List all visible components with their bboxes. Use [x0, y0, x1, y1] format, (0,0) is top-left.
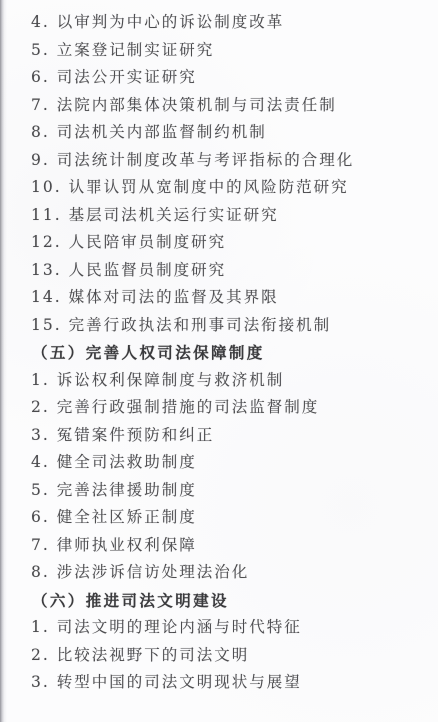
list-item: 7. 法院内部集体决策机制与司法责任制 [31, 92, 430, 120]
list-item: 5. 完善法律援助制度 [31, 477, 430, 505]
scanned-document-page: 4. 以审判为中心的诉讼制度改革 5. 立案登记制实证研究 6. 司法公开实证研… [0, 0, 438, 722]
list-item: 4. 以审判为中心的诉讼制度改革 [31, 9, 430, 37]
list-item: 3. 冤错案件预防和纠正 [31, 422, 430, 450]
list-item: 5. 立案登记制实证研究 [31, 37, 430, 65]
list-item: 1. 司法文明的理论内涵与时代特征 [31, 614, 430, 642]
section-heading: （五）完善人权司法保障制度 [31, 339, 430, 367]
document-content: 4. 以审判为中心的诉讼制度改革 5. 立案登记制实证研究 6. 司法公开实证研… [0, 0, 438, 697]
list-item: 6. 健全社区矫正制度 [31, 504, 430, 532]
list-item: 8. 涉法涉诉信访处理法治化 [31, 559, 430, 587]
list-item: 13. 人民监督员制度研究 [31, 257, 430, 285]
list-item: 2. 比较法视野下的司法文明 [31, 642, 430, 670]
scan-edge-artifact [0, 0, 7, 722]
list-item: 2. 完善行政强制措施的司法监督制度 [31, 394, 430, 422]
list-item: 9. 司法统计制度改革与考评指标的合理化 [31, 147, 430, 175]
list-item: 8. 司法机关内部监督制约机制 [31, 119, 430, 147]
list-item: 4. 健全司法救助制度 [31, 449, 430, 477]
list-item: 7. 律师执业权利保障 [31, 532, 430, 560]
list-item: 3. 转型中国的司法文明现状与展望 [31, 669, 430, 697]
list-item: 6. 司法公开实证研究 [31, 64, 430, 92]
list-item: 12. 人民陪审员制度研究 [31, 229, 430, 257]
list-item: 15. 完善行政执法和刑事司法衔接机制 [31, 312, 430, 340]
list-item: 1. 诉讼权利保障制度与救济机制 [31, 367, 430, 395]
list-item: 14. 媒体对司法的监督及其界限 [31, 284, 430, 312]
list-item: 11. 基层司法机关运行实证研究 [31, 202, 430, 230]
list-item: 10. 认罪认罚从宽制度中的风险防范研究 [31, 174, 430, 202]
section-heading: （六）推进司法文明建设 [31, 587, 430, 615]
